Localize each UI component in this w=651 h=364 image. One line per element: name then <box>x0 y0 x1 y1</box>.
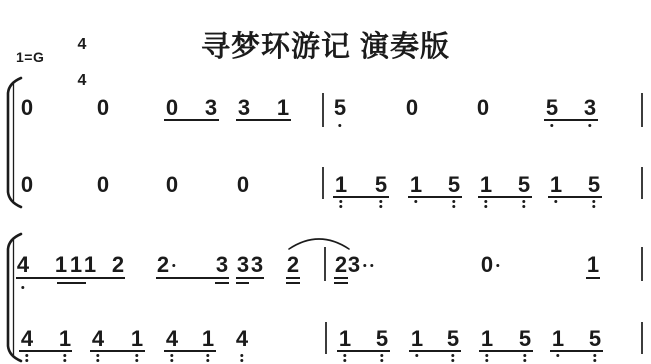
note-digit: 5 <box>375 174 387 196</box>
note-digit: 0 <box>406 97 418 119</box>
note-digit: 0 <box>237 174 249 196</box>
beat-beam <box>164 119 219 121</box>
octave-dot <box>25 354 28 357</box>
octave-dot <box>96 359 99 362</box>
beat-beam <box>236 282 249 284</box>
note-digit: 4 <box>166 328 178 350</box>
beat-beam <box>57 282 86 284</box>
note-digit: 5 <box>447 328 459 350</box>
note-digit: 3 <box>348 254 360 276</box>
octave-dot <box>593 354 596 357</box>
beat-beam <box>478 196 532 198</box>
note-digit: 1 <box>277 97 289 119</box>
note-digit: 5 <box>519 328 531 350</box>
octave-dot <box>452 205 455 208</box>
note-digit: 0 <box>21 97 33 119</box>
time-signature-denominator: 4 <box>71 72 93 90</box>
octave-dot <box>206 359 209 362</box>
note-digit: 4 <box>21 328 33 350</box>
beat-beam <box>550 350 603 352</box>
note-digit: 0 <box>477 97 489 119</box>
octave-dot <box>523 354 526 357</box>
note-digit: 1 <box>339 328 351 350</box>
beat-beam <box>236 277 264 279</box>
note-digit: 3 <box>205 97 217 119</box>
barline <box>641 93 643 127</box>
note-digit: 3 <box>251 254 263 276</box>
octave-dot <box>240 359 243 362</box>
note-digit: 1 <box>59 328 71 350</box>
tie-slur <box>289 239 349 249</box>
beat-beam <box>286 277 300 279</box>
note-digit: 0 <box>21 174 33 196</box>
beat-beam <box>215 282 229 284</box>
note-digit: 0 <box>166 174 178 196</box>
octave-dot <box>343 354 346 357</box>
octave-dot <box>414 200 417 203</box>
octave-dot <box>135 354 138 357</box>
octave-dot <box>588 124 591 127</box>
octave-dot <box>485 354 488 357</box>
octave-dot <box>380 359 383 362</box>
beat-beam <box>156 277 229 279</box>
beat-beam <box>84 277 125 279</box>
note-digit: 1 <box>410 174 422 196</box>
note-digit: 1 <box>481 328 493 350</box>
beat-beam <box>334 277 348 279</box>
note-digit: 0 <box>166 97 178 119</box>
augmentation-dot <box>496 264 499 267</box>
note-digit: 1 <box>70 254 82 276</box>
barline <box>641 247 643 281</box>
note-digit: 1 <box>202 328 214 350</box>
beat-beam <box>236 119 291 121</box>
octave-dot <box>523 359 526 362</box>
octave-dot <box>170 354 173 357</box>
barline <box>324 247 326 281</box>
beat-beam <box>548 196 602 198</box>
barline <box>641 167 643 199</box>
octave-dot <box>484 205 487 208</box>
octave-dot <box>415 354 418 357</box>
note-digit: 2 <box>335 254 347 276</box>
augmentation-dot <box>370 264 373 267</box>
note-digit: 5 <box>588 174 600 196</box>
octave-dot <box>451 359 454 362</box>
octave-dot <box>380 354 383 357</box>
octave-dot <box>522 200 525 203</box>
note-digit: 0 <box>97 97 109 119</box>
octave-dot <box>240 354 243 357</box>
beat-beam <box>164 350 216 352</box>
beat-beam <box>544 119 598 121</box>
note-digit: 2 <box>112 254 124 276</box>
octave-dot <box>522 205 525 208</box>
beat-beam <box>586 277 600 279</box>
beat-beam <box>334 282 348 284</box>
note-digit: 4 <box>236 328 248 350</box>
note-digit: 3 <box>238 97 250 119</box>
octave-dot <box>135 359 138 362</box>
system-bracket <box>8 78 21 207</box>
octave-dot <box>451 354 454 357</box>
octave-dot <box>379 200 382 203</box>
octave-dot <box>25 359 28 362</box>
note-digit: 0 <box>481 254 493 276</box>
note-digit: 1 <box>335 174 347 196</box>
barline <box>322 167 324 199</box>
note-digit: 5 <box>546 97 558 119</box>
octave-dot <box>556 354 559 357</box>
octave-dot <box>550 124 553 127</box>
beat-beam <box>337 350 390 352</box>
octave-dot <box>63 354 66 357</box>
beat-beam <box>286 282 300 284</box>
octave-dot <box>338 124 341 127</box>
beat-beam <box>408 196 462 198</box>
octave-dot <box>339 200 342 203</box>
note-digit: 1 <box>55 254 67 276</box>
octave-dot <box>484 200 487 203</box>
note-digit: 4 <box>92 328 104 350</box>
note-digit: 1 <box>480 174 492 196</box>
octave-dot <box>63 359 66 362</box>
note-digit: 5 <box>376 328 388 350</box>
score-sheet: 1=G 4 4 寻梦环游记 演奏版 0003315005300001515151… <box>0 0 651 364</box>
note-digit: 3 <box>237 254 249 276</box>
octave-dot <box>592 205 595 208</box>
note-digit: 4 <box>17 254 29 276</box>
note-digit: 1 <box>411 328 423 350</box>
octave-dot <box>21 286 24 289</box>
note-digit: 1 <box>131 328 143 350</box>
beat-beam <box>409 350 461 352</box>
note-digit: 2 <box>157 254 169 276</box>
octave-dot <box>593 359 596 362</box>
note-digit: 5 <box>448 174 460 196</box>
octave-dot <box>96 354 99 357</box>
octave-dot <box>343 359 346 362</box>
note-digit: 1 <box>84 254 96 276</box>
octave-dot <box>452 200 455 203</box>
note-digit: 1 <box>552 328 564 350</box>
note-digit: 5 <box>334 97 346 119</box>
note-digit: 2 <box>287 254 299 276</box>
octave-dot <box>339 205 342 208</box>
octave-dot <box>485 359 488 362</box>
note-digit: 1 <box>587 254 599 276</box>
octave-dot <box>379 205 382 208</box>
beat-beam <box>333 196 389 198</box>
note-digit: 3 <box>584 97 596 119</box>
beat-beam <box>479 350 533 352</box>
note-digit: 0 <box>97 174 109 196</box>
note-digit: 5 <box>589 328 601 350</box>
beat-beam <box>90 350 145 352</box>
augmentation-dot <box>363 264 366 267</box>
beat-beam <box>16 277 86 279</box>
octave-dot <box>592 200 595 203</box>
note-digit: 5 <box>518 174 530 196</box>
note-digit: 1 <box>550 174 562 196</box>
barline <box>322 93 324 127</box>
note-digit: 3 <box>216 254 228 276</box>
octave-dot <box>554 200 557 203</box>
barline <box>325 322 327 354</box>
octave-dot <box>206 354 209 357</box>
beat-beam <box>19 350 72 352</box>
barline <box>641 322 643 354</box>
song-title: 寻梦环游记 演奏版 <box>0 24 651 65</box>
octave-dot <box>170 359 173 362</box>
augmentation-dot <box>172 264 175 267</box>
